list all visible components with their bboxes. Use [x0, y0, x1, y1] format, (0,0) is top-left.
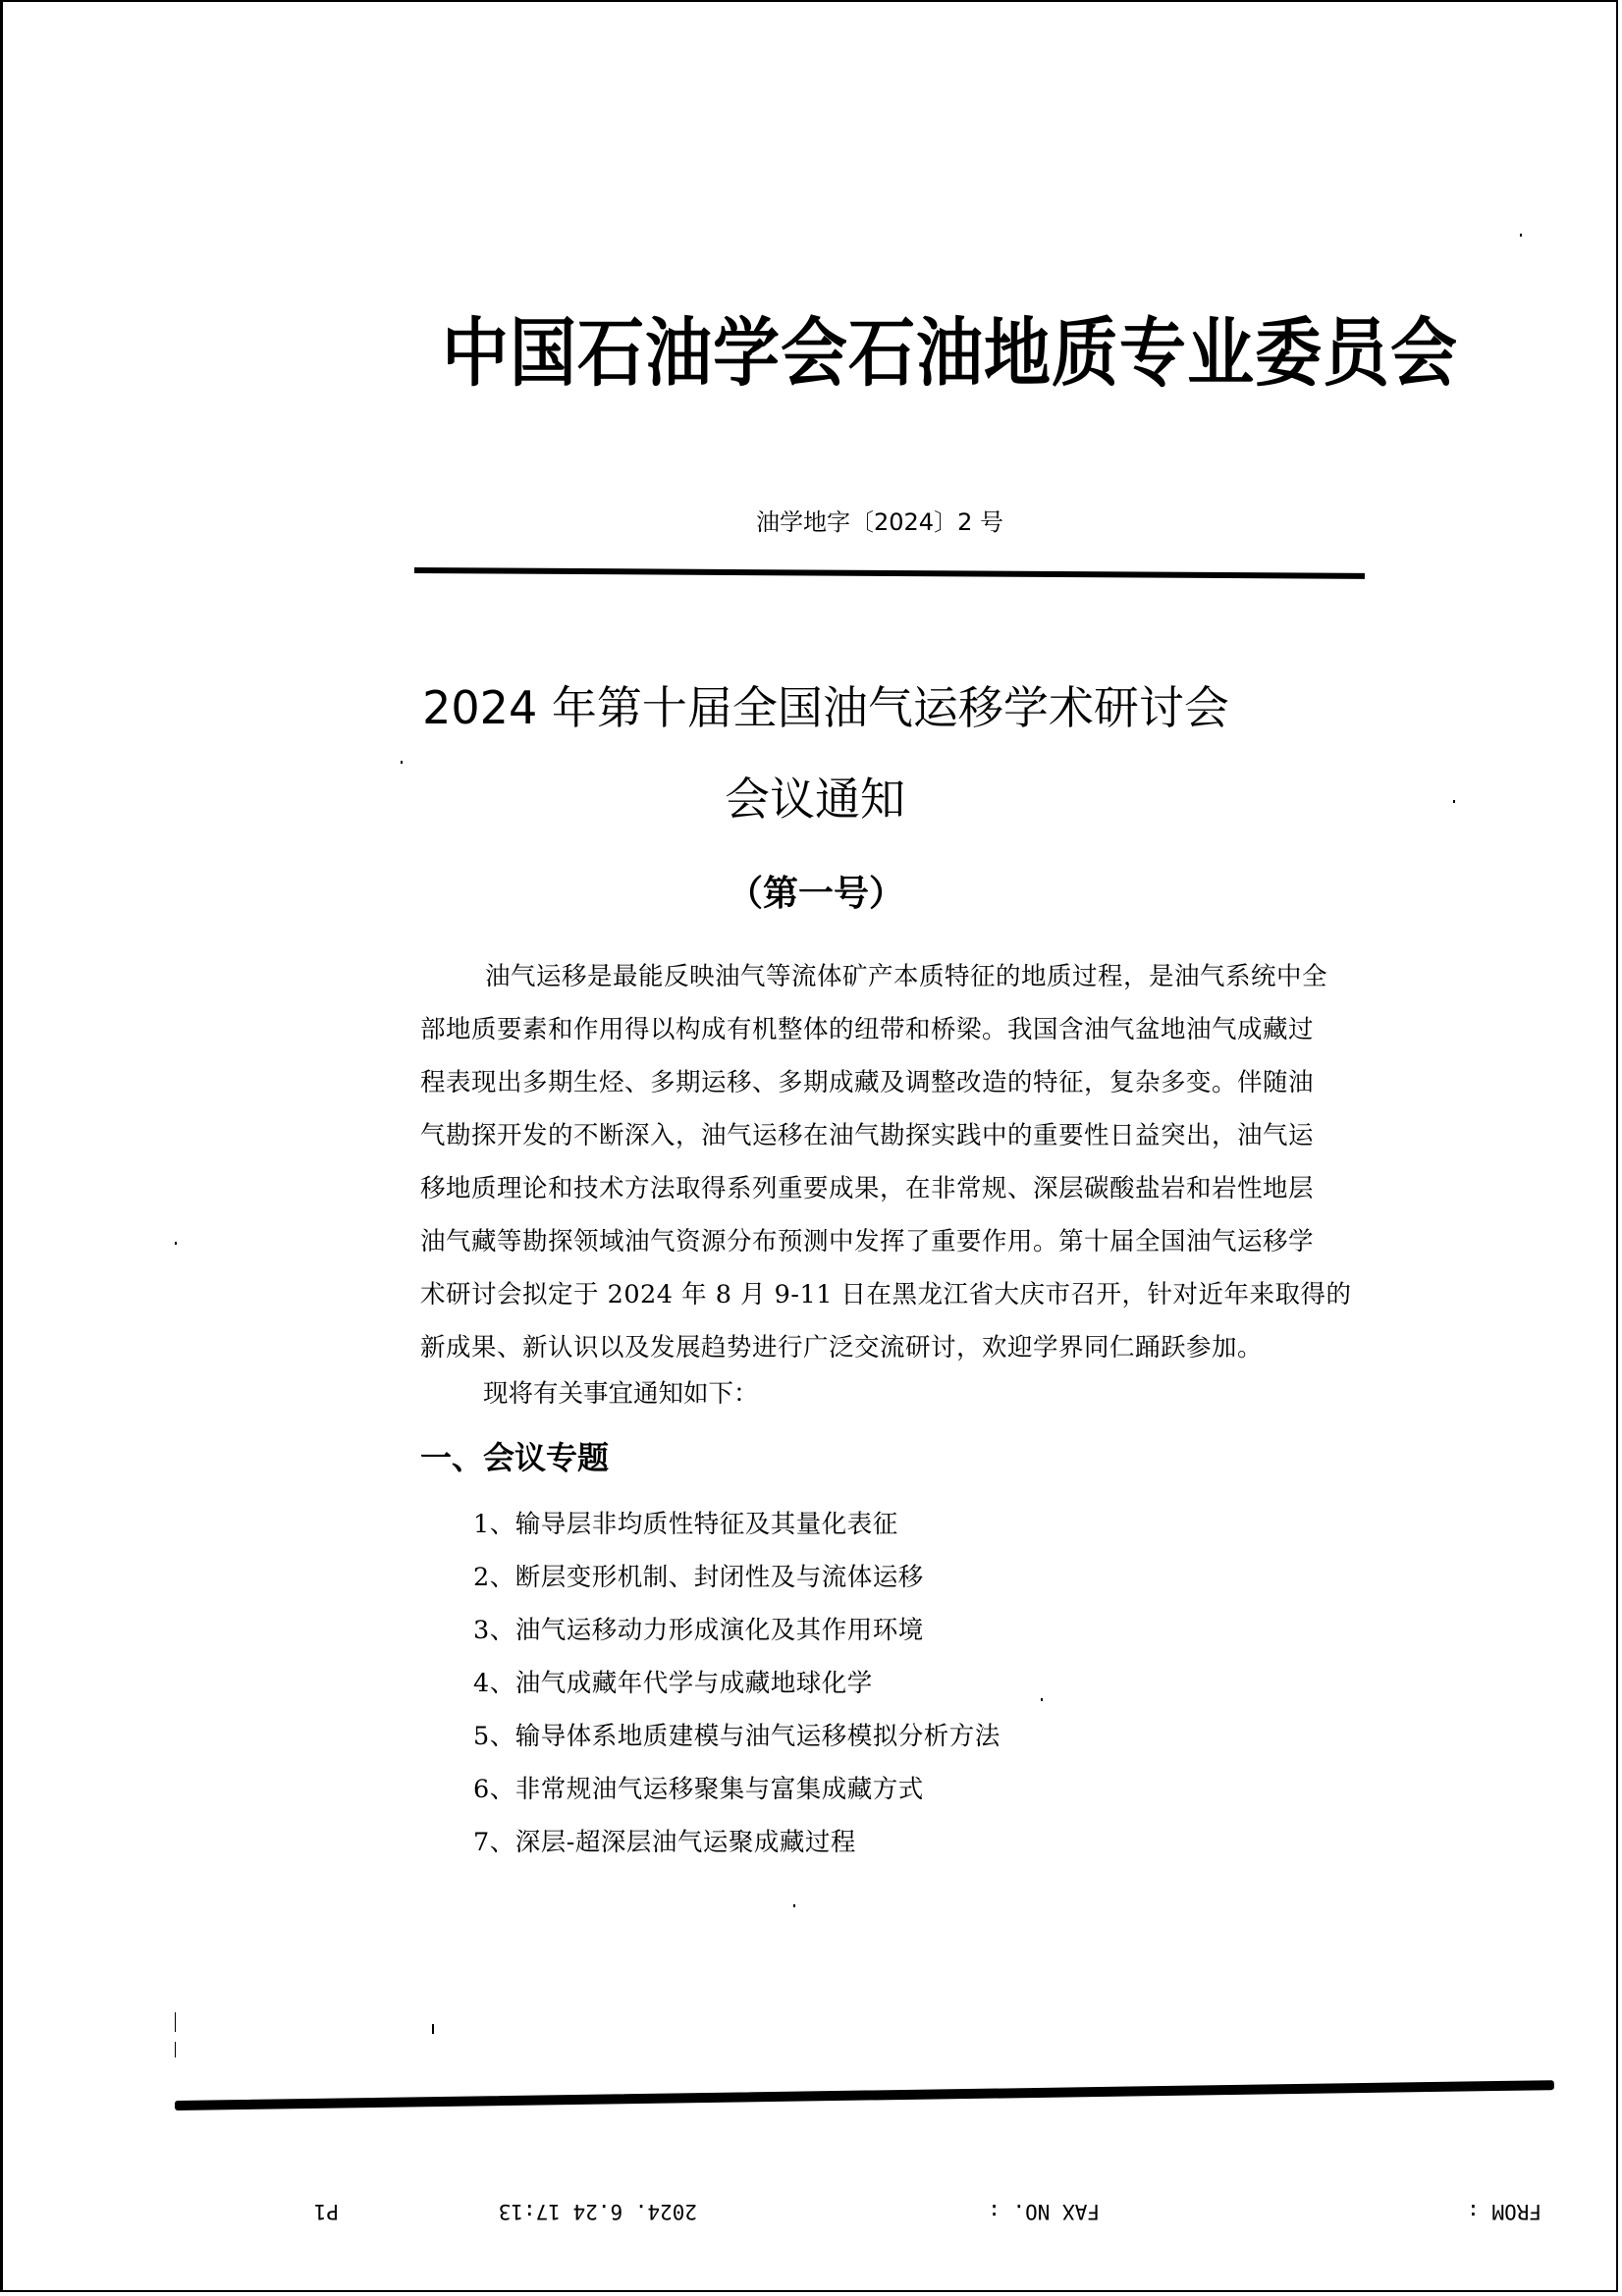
fax-page-number: P1: [314, 2200, 339, 2223]
body-line: 术研讨会拟定于 2024 年 8 月 9-11 日在黑龙江省大庆市召开，针对近年…: [420, 1268, 1343, 1321]
topic-item: 7、深层-超深层油气运聚成藏过程: [473, 1816, 1000, 1869]
body-line: 部地质要素和作用得以构成有机整体的纽带和桥梁。我国含油气盆地油气成藏过: [420, 1003, 1343, 1056]
body-line: 程表现出多期生烃、多期运移、多期成藏及调整改造的特征，复杂多变。伴随油: [420, 1056, 1343, 1109]
topic-item: 4、油气成藏年代学与成藏地球化学: [473, 1657, 1000, 1710]
scan-speck: [1520, 234, 1522, 237]
topic-item: 1、输导层非均质性特征及其量化表征: [473, 1498, 1000, 1551]
document-subtitle: 会议通知: [0, 764, 1622, 828]
topic-item: 3、油气运移动力形成演化及其作用环境: [473, 1604, 1000, 1657]
body-paragraph: 油气运移是最能反映油气等流体矿产本质特征的地质过程，是油气系统中全 部地质要素和…: [420, 950, 1343, 1374]
topic-item: 5、输导体系地质建模与油气运移模拟分析方法: [473, 1710, 1000, 1763]
scan-speck: [1453, 800, 1455, 803]
body-line: 气勘探开发的不断深入，油气运移在油气勘探实践中的重要性日益突出，油气运: [420, 1109, 1343, 1162]
body-line: 油气运移是最能反映油气等流体矿产本质特征的地质过程，是油气系统中全: [420, 950, 1343, 1003]
fax-from-label: FROM :: [1467, 2200, 1541, 2223]
notice-number: （第一号）: [0, 866, 1622, 916]
scan-speck: [432, 2024, 434, 2034]
document-number: 油学地字〔2024〕2 号: [756, 503, 1003, 537]
fax-header: FROM : FAX NO. : 2024. 6.24 17:13 P1: [295, 2194, 1541, 2223]
body-line: 移地质理论和技术方法取得系列重要成果，在非常规、深层碳酸盐岩和岩性地层: [420, 1162, 1343, 1215]
fax-datetime: 2024. 6.24 17:13: [499, 2200, 697, 2223]
body-line: 油气藏等勘探领域油气资源分布预测中发挥了重要作用。第十届全国油气运移学: [420, 1215, 1343, 1268]
topic-list: 1、输导层非均质性特征及其量化表征 2、断层变形机制、封闭性及与流体运移 3、油…: [473, 1498, 1000, 1869]
topic-item: 2、断层变形机制、封闭性及与流体运移: [473, 1551, 1000, 1604]
fax-number-label: FAX NO. :: [988, 2200, 1100, 2223]
intro-line: 现将有关事宜通知如下：: [483, 1374, 759, 1410]
scan-speck: [175, 2042, 176, 2057]
topic-item: 6、非常规油气运移聚集与富集成藏方式: [473, 1763, 1000, 1816]
scan-speck: [401, 761, 403, 764]
scan-speck: [1041, 1698, 1043, 1701]
document-title: 2024 年第十届全国油气运移学术研讨会: [0, 672, 1622, 737]
scan-speck: [175, 1242, 177, 1245]
scan-speck: [793, 1904, 795, 1907]
section-heading-topics: 一、会议专题: [420, 1433, 609, 1478]
organization-name: 中国石油学会石油地质专业委员会: [442, 294, 1365, 401]
scan-speck: [175, 2012, 176, 2032]
body-line: 新成果、新认识以及发展趋势进行广泛交流研讨，欢迎学界同仁踊跃参加。: [420, 1321, 1343, 1374]
